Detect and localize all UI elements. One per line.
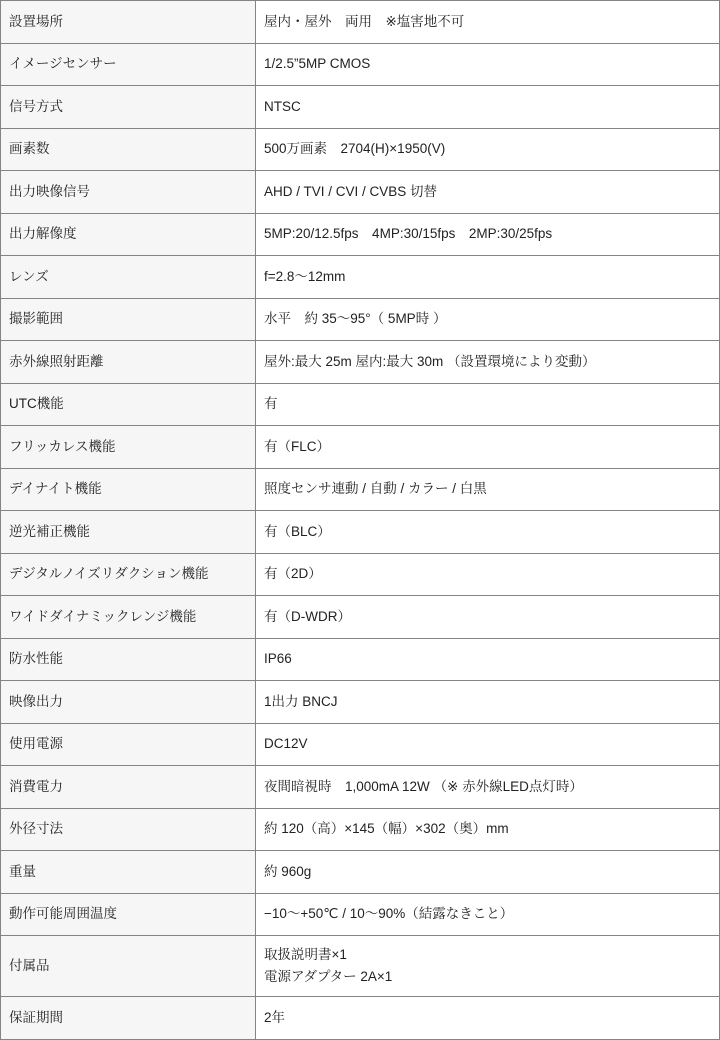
spec-row-outer-dimensions: 外径寸法 約 120（高）×145（幅）×302（奥）mm [1,808,720,851]
spec-label: 出力映像信号 [1,171,256,214]
spec-label: 逆光補正機能 [1,511,256,554]
spec-row-video-output: 映像出力 1出力 BNCJ [1,681,720,724]
spec-row-weight: 重量 約 960g [1,851,720,894]
spec-page: 設置場所 屋内・屋外 両用 ※塩害地不可 イメージセンサー 1/2.5”5MP … [0,0,720,1040]
spec-label: ワイドダイナミックレンジ機能 [1,596,256,639]
spec-value: 500万画素 2704(H)×1950(V) [256,128,720,171]
spec-label: 外径寸法 [1,808,256,851]
spec-label: 防水性能 [1,638,256,681]
spec-row-flickerless: フリッカレス機能 有（FLC） [1,426,720,469]
spec-row-wide-dynamic-range: ワイドダイナミックレンジ機能 有（D-WDR） [1,596,720,639]
spec-row-operating-temperature: 動作可能周囲温度 −10〜+50℃ / 10〜90%（結露なきこと） [1,893,720,936]
spec-row-installation-location: 設置場所 屋内・屋外 両用 ※塩害地不可 [1,1,720,44]
spec-table: 設置場所 屋内・屋外 両用 ※塩害地不可 イメージセンサー 1/2.5”5MP … [0,0,720,1040]
spec-row-power-supply: 使用電源 DC12V [1,723,720,766]
spec-label: 赤外線照射距離 [1,341,256,384]
spec-label: 撮影範囲 [1,298,256,341]
spec-label: イメージセンサー [1,43,256,86]
spec-row-signal-system: 信号方式 NTSC [1,86,720,129]
spec-row-waterproof-rating: 防水性能 IP66 [1,638,720,681]
spec-row-ir-distance: 赤外線照射距離 屋外:最大 25m 屋内:最大 30m （設置環境により変動） [1,341,720,384]
spec-value: IP66 [256,638,720,681]
spec-value: 屋内・屋外 両用 ※塩害地不可 [256,1,720,44]
spec-label: 設置場所 [1,1,256,44]
spec-row-accessories: 付属品 取扱説明書×1 電源アダプター 2A×1 [1,936,720,997]
spec-label: デイナイト機能 [1,468,256,511]
spec-value: 有（BLC） [256,511,720,554]
spec-row-warranty-period: 保証期間 2年 [1,997,720,1040]
spec-label: 出力解像度 [1,213,256,256]
spec-value: 有（FLC） [256,426,720,469]
spec-label: 動作可能周囲温度 [1,893,256,936]
spec-label: フリッカレス機能 [1,426,256,469]
spec-label: 重量 [1,851,256,894]
spec-value: 1出力 BNCJ [256,681,720,724]
spec-value: 有（D-WDR） [256,596,720,639]
spec-value: 有 [256,383,720,426]
spec-value: 水平 約 35〜95°（ 5MP時 ） [256,298,720,341]
spec-value: 有（2D） [256,553,720,596]
spec-value: 約 120（高）×145（幅）×302（奥）mm [256,808,720,851]
spec-row-shooting-range: 撮影範囲 水平 約 35〜95°（ 5MP時 ） [1,298,720,341]
spec-label: 映像出力 [1,681,256,724]
spec-value: NTSC [256,86,720,129]
spec-label: 付属品 [1,936,256,997]
spec-value: 照度センサ連動 / 自動 / カラー / 白黒 [256,468,720,511]
spec-label: 信号方式 [1,86,256,129]
spec-label: 使用電源 [1,723,256,766]
spec-label: UTC機能 [1,383,256,426]
spec-row-output-resolution: 出力解像度 5MP:20/12.5fps 4MP:30/15fps 2MP:30… [1,213,720,256]
spec-value: 取扱説明書×1 電源アダプター 2A×1 [256,936,720,997]
spec-value: 屋外:最大 25m 屋内:最大 30m （設置環境により変動） [256,341,720,384]
spec-value: −10〜+50℃ / 10〜90%（結露なきこと） [256,893,720,936]
spec-label: 保証期間 [1,997,256,1040]
spec-value: 2年 [256,997,720,1040]
spec-row-digital-noise-reduction: デジタルノイズリダクション機能 有（2D） [1,553,720,596]
spec-value: 夜間暗視時 1,000mA 12W （※ 赤外線LED点灯時） [256,766,720,809]
spec-row-lens: レンズ f=2.8〜12mm [1,256,720,299]
spec-row-day-night: デイナイト機能 照度センサ連動 / 自動 / カラー / 白黒 [1,468,720,511]
spec-row-power-consumption: 消費電力 夜間暗視時 1,000mA 12W （※ 赤外線LED点灯時） [1,766,720,809]
spec-label: デジタルノイズリダクション機能 [1,553,256,596]
spec-row-backlight-compensation: 逆光補正機能 有（BLC） [1,511,720,554]
spec-label: 消費電力 [1,766,256,809]
spec-label: 画素数 [1,128,256,171]
spec-row-image-sensor: イメージセンサー 1/2.5”5MP CMOS [1,43,720,86]
spec-row-pixel-count: 画素数 500万画素 2704(H)×1950(V) [1,128,720,171]
spec-value: 1/2.5”5MP CMOS [256,43,720,86]
spec-value: AHD / TVI / CVI / CVBS 切替 [256,171,720,214]
spec-row-output-video-signal: 出力映像信号 AHD / TVI / CVI / CVBS 切替 [1,171,720,214]
spec-value: 5MP:20/12.5fps 4MP:30/15fps 2MP:30/25fps [256,213,720,256]
spec-value: 約 960g [256,851,720,894]
spec-value: f=2.8〜12mm [256,256,720,299]
spec-row-utc-function: UTC機能 有 [1,383,720,426]
spec-label: レンズ [1,256,256,299]
spec-value: DC12V [256,723,720,766]
